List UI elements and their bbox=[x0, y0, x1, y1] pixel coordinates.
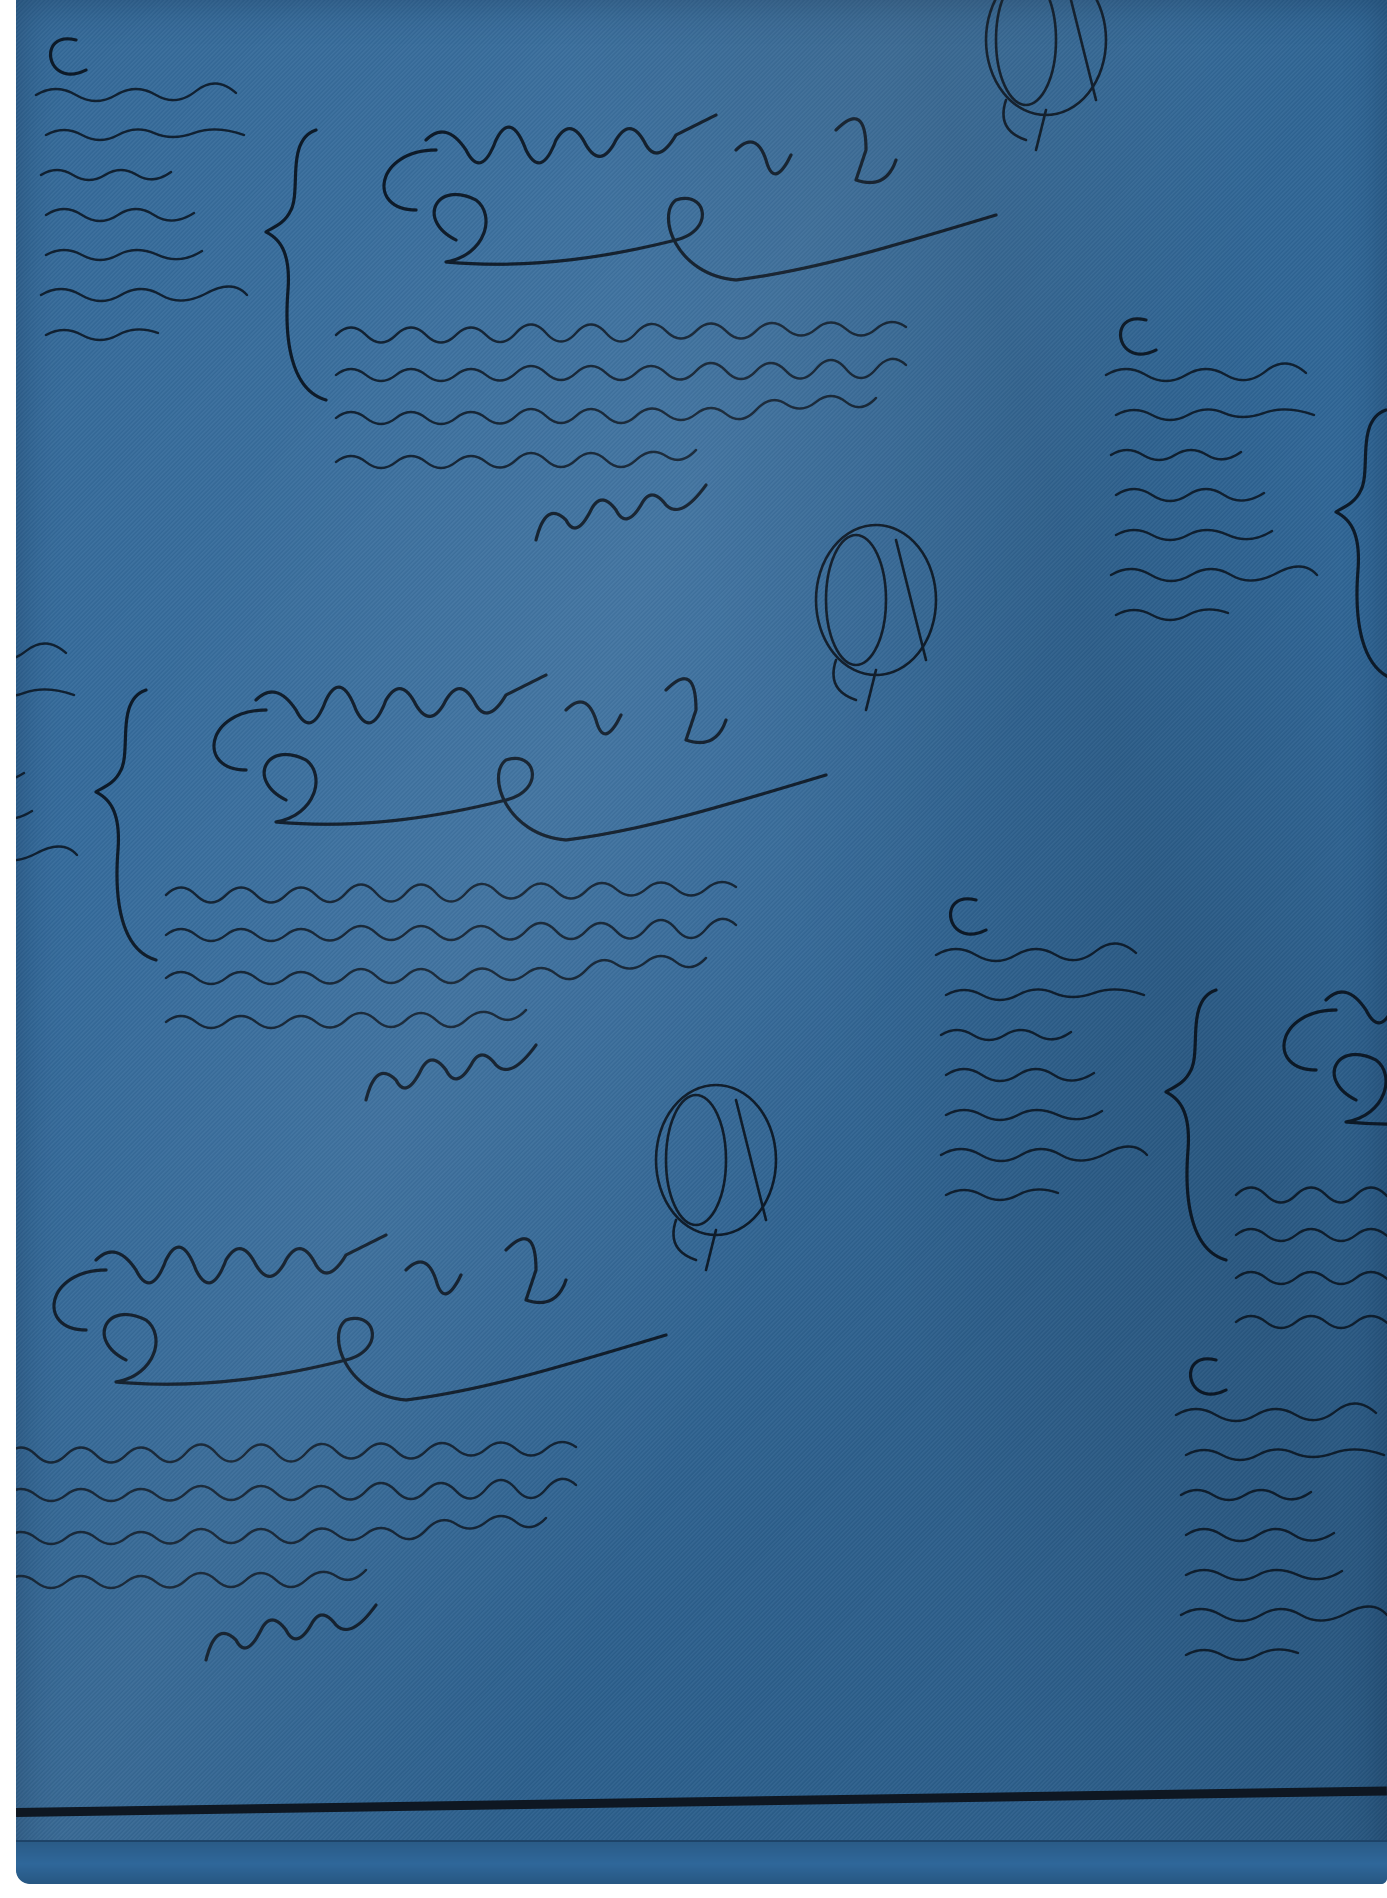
scarf-fabric bbox=[16, 0, 1387, 1884]
manuscript-pattern bbox=[16, 0, 1387, 1884]
scarf-folded-edge bbox=[16, 1840, 1387, 1884]
